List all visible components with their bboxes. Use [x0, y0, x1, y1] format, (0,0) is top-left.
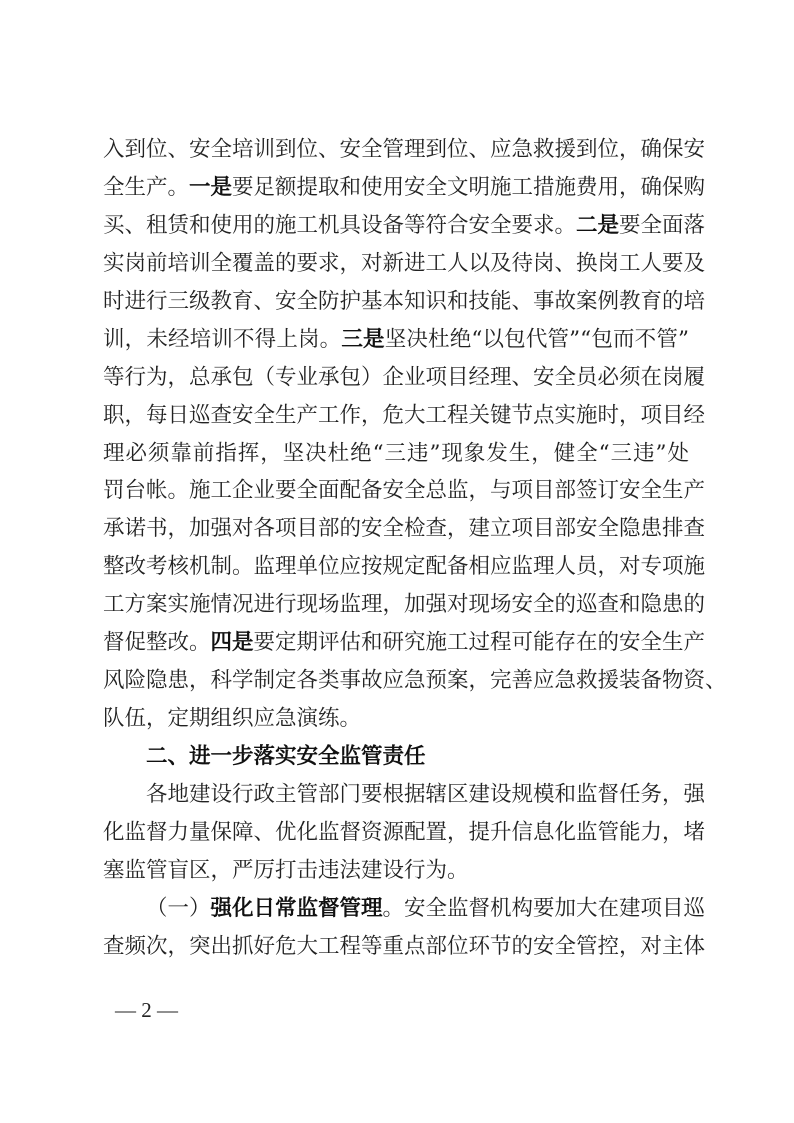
bold-text-segment: 一是	[189, 175, 232, 200]
text-line: 风险隐患，科学制定各类事故应急预案，完善应急救援装备物资、	[103, 662, 689, 700]
text-segment: 塞监管盲区，严厉打击违法建设行为。	[103, 858, 469, 883]
text-segment: 训，未经培训不得上岗。	[103, 327, 341, 352]
bold-text-segment: 二是	[576, 213, 619, 238]
text-line: 职，每日巡查安全生产工作，危大工程关键节点实施时，项目经	[103, 397, 689, 435]
text-line: 整改考核机制。监理单位应按规定配备相应监理人员，对专项施	[103, 548, 689, 586]
text-segment: 督促整改。	[103, 630, 211, 655]
text-segment: 实岗前培训全覆盖的要求，对新进工人以及待岗、换岗工人要及	[103, 251, 705, 276]
text-segment: 队伍，定期组织应急演练。	[103, 706, 361, 731]
text-line: 罚台帐。施工企业要全面配备安全总监，与项目部签订安全生产	[103, 472, 689, 510]
text-segment: 承诺书，加强对各项目部的安全检查，建立项目部安全隐患排查	[103, 516, 705, 541]
text-segment: 各地建设行政主管部门要根据辖区建设规模和监督任务，强	[146, 782, 705, 807]
text-segment: 全生产。	[103, 175, 189, 200]
text-segment: （一）	[146, 896, 211, 921]
text-line: 队伍，定期组织应急演练。	[103, 700, 689, 738]
text-segment: 理必须靠前指挥，坚决杜绝“三违”现象发生，健全“三违”处	[103, 441, 689, 466]
text-line: 工方案实施情况进行现场监理，加强对现场安全的巡查和隐患的	[103, 586, 689, 624]
bold-text-segment: 二、进一步落实安全监管责任	[146, 744, 426, 769]
text-line: 实岗前培训全覆盖的要求，对新进工人以及待岗、换岗工人要及	[103, 245, 689, 283]
text-line: 等行为，总承包（专业承包）企业项目经理、安全员必须在岗履	[103, 359, 689, 397]
text-line: （一）强化日常监督管理。安全监督机构要加大在建项目巡	[103, 890, 689, 928]
text-line: 各地建设行政主管部门要根据辖区建设规模和监督任务，强	[103, 776, 689, 814]
text-line: 买、租赁和使用的施工机具设备等符合安全要求。二是要全面落	[103, 207, 689, 245]
text-line: 塞监管盲区，严厉打击违法建设行为。	[103, 852, 689, 890]
text-line: 查频次，突出抓好危大工程等重点部位环节的安全管控，对主体	[103, 928, 689, 966]
text-segment: 查频次，突出抓好危大工程等重点部位环节的安全管控，对主体	[103, 934, 705, 959]
text-line: 督促整改。四是要定期评估和研究施工过程可能存在的安全生产	[103, 624, 689, 662]
text-line: 理必须靠前指挥，坚决杜绝“三违”现象发生，健全“三违”处	[103, 435, 689, 473]
text-segment: 职，每日巡查安全生产工作，危大工程关键节点实施时，项目经	[103, 403, 705, 428]
text-segment: 时进行三级教育、安全防护基本知识和技能、事故案例教育的培	[103, 289, 705, 314]
text-segment: 整改考核机制。监理单位应按规定配备相应监理人员，对专项施	[103, 554, 705, 579]
text-segment: 要全面落	[619, 213, 705, 238]
text-line: 时进行三级教育、安全防护基本知识和技能、事故案例教育的培	[103, 283, 689, 321]
text-segment: 工方案实施情况进行现场监理，加强对现场安全的巡查和隐患的	[103, 592, 705, 617]
text-segment: 风险隐患，科学制定各类事故应急预案，完善应急救援装备物资、	[103, 668, 727, 693]
text-segment: 坚决杜绝“以包代管”“包而不管”	[385, 327, 689, 352]
text-segment: 罚台帐。施工企业要全面配备安全总监，与项目部签订安全生产	[103, 478, 705, 503]
bold-text-segment: 三是	[341, 327, 384, 352]
bold-text-segment: 四是	[211, 630, 254, 655]
text-segment: 要定期评估和研究施工过程可能存在的安全生产	[254, 630, 706, 655]
text-line: 承诺书，加强对各项目部的安全检查，建立项目部安全隐患排查	[103, 510, 689, 548]
text-segment: 要足额提取和使用安全文明施工措施费用，确保购	[232, 175, 705, 200]
document-body: 入到位、安全培训到位、安全管理到位、应急救援到位，确保安全生产。一是要足额提取和…	[103, 131, 689, 966]
text-segment: 化监督力量保障、优化监督资源配置，提升信息化监管能力，堵	[103, 820, 705, 845]
text-line: 入到位、安全培训到位、安全管理到位、应急救援到位，确保安	[103, 131, 689, 169]
page-number: — 2 —	[115, 998, 178, 1023]
section-heading: 二、进一步落实安全监管责任	[103, 738, 689, 776]
text-segment: 等行为，总承包（专业承包）企业项目经理、安全员必须在岗履	[103, 365, 705, 390]
text-segment: 。安全监督机构要加大在建项目巡	[383, 896, 706, 921]
text-line: 训，未经培训不得上岗。三是坚决杜绝“以包代管”“包而不管”	[103, 321, 689, 359]
document-page: 入到位、安全培训到位、安全管理到位、应急救援到位，确保安全生产。一是要足额提取和…	[0, 0, 794, 1123]
text-segment: 买、租赁和使用的施工机具设备等符合安全要求。	[103, 213, 576, 238]
text-line: 化监督力量保障、优化监督资源配置，提升信息化监管能力，堵	[103, 814, 689, 852]
text-segment: 入到位、安全培训到位、安全管理到位、应急救援到位，确保安	[103, 137, 705, 162]
text-line: 全生产。一是要足额提取和使用安全文明施工措施费用，确保购	[103, 169, 689, 207]
bold-text-segment: 强化日常监督管理	[211, 896, 383, 921]
